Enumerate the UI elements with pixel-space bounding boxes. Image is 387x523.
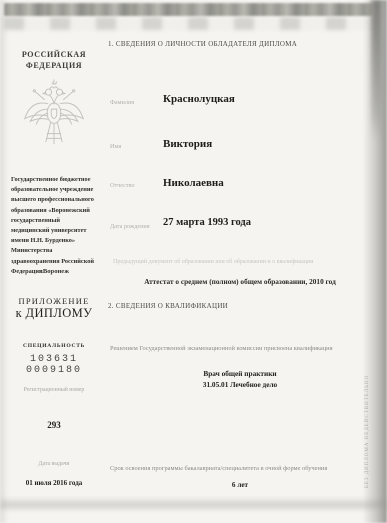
institution-name: Государственное бюджетное образовательно… [6,175,102,277]
firstname-value: Виктория [163,138,212,150]
qualification-value: Врач общей практики 31.05.01 Лечебное де… [108,368,372,391]
doc-type-line2: к ДИПЛОМУ [6,306,102,321]
firstname-label: Имя [110,143,121,150]
diploma-supplement-page: РОССИЙСКАЯ ФЕДЕРАЦИЯ Государствен [0,0,387,523]
registration-number-label: Регистрационный номер [6,386,102,395]
doc-type-line1: ПРИЛОЖЕНИЕ [6,296,102,306]
patronymic-value: Николаевна [163,177,224,189]
surname-label: Фамилия [110,99,134,106]
qualification-specialty-code: 31.05.01 Лечебное дело [108,379,372,390]
coat-of-arms-icon [20,74,88,166]
issue-date-value: 01 июля 2016 года [6,479,102,487]
section2-title: 2. СВЕДЕНИЯ О КВАЛИФИКАЦИИ [108,302,228,310]
edge-watermark-text: БЕЗ ДИПЛОМА НЕДЕЙСТВИТЕЛЬНО [365,372,370,488]
section1-title: 1. СВЕДЕНИЯ О ЛИЧНОСТИ ОБЛАДАТЕЛЯ ДИПЛОМ… [108,40,297,48]
scan-top-edge-band [4,3,372,16]
patronymic-label: Отчество [110,182,135,189]
registration-number-value: 293 [6,420,102,430]
country-title: РОССИЙСКАЯ ФЕДЕРАЦИЯ [6,50,102,72]
previous-education-value: Аттестат о среднем (полном) общем образо… [108,277,372,286]
institution-city: г.Воронеж [6,268,102,275]
birthdate-value: 27 марта 1993 года [163,217,251,228]
birthdate-label: Дата рождения [110,223,150,230]
country-line1: РОССИЙСКАЯ [6,50,102,61]
scan-top-edge-band-faint [4,17,372,30]
specialty-label: специальность [6,343,102,349]
previous-education-label: Предыдущий документ об образовании или о… [113,257,365,267]
study-duration-value: 6 лет [206,481,274,489]
study-duration-label: Срок освоения программы бакалавриата/спе… [110,464,358,474]
qualification-decision-label: Решением Государственной экзаменационной… [110,344,362,354]
surname-value: Краснолуцкая [163,93,235,105]
issue-date-label: Дата выдачи [6,461,102,467]
qualification-title: Врач общей практики [108,368,372,379]
blank-serial-number: 103631 0009180 [6,354,102,376]
scan-right-edge-dark [371,0,381,140]
country-line2: ФЕДЕРАЦИЯ [6,61,102,72]
scan-bottom-shadow [0,497,387,511]
